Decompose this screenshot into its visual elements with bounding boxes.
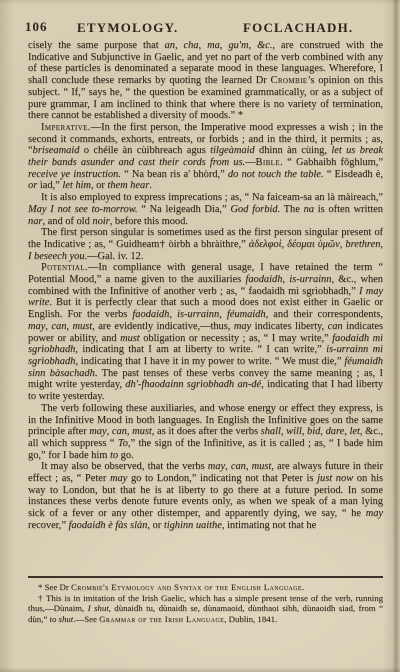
page-body-text: cisely the same purpose that an, cha, ma… bbox=[28, 40, 383, 532]
footnote-divider bbox=[28, 576, 383, 578]
running-header-title: ETYMOLOGY. bbox=[77, 20, 178, 36]
paragraph: The verb following these auxiliaries, an… bbox=[28, 403, 383, 462]
paragraph: Imperative.—In the first person, the Imp… bbox=[28, 122, 383, 192]
running-header: 106 ETYMOLOGY. FOCLACHADH. bbox=[0, 19, 400, 37]
page-bottom-edge-shading bbox=[0, 667, 400, 672]
running-header-section: FOCLACHADH. bbox=[243, 20, 353, 36]
footnote: † This is in imitation of the Irish Gael… bbox=[28, 593, 383, 625]
page-number: 106 bbox=[25, 19, 48, 35]
paragraph: It is also employed to express imprecati… bbox=[28, 192, 383, 227]
paragraph: cisely the same purpose that an, cha, ma… bbox=[28, 40, 383, 122]
paragraph: Potential.—In compliance with general us… bbox=[28, 262, 383, 402]
page-top-edge-shading bbox=[0, 0, 400, 5]
book-gutter-shadow bbox=[383, 0, 400, 672]
book-page: 106 ETYMOLOGY. FOCLACHADH. cisely the sa… bbox=[0, 0, 400, 672]
page-left-edge-shading bbox=[0, 0, 14, 672]
paragraph: The first person singular is sometimes u… bbox=[28, 227, 383, 262]
paragraph: It may also be observed, that the verbs … bbox=[28, 461, 383, 531]
footnotes: * See Dr Crombie's Etymology and Syntax … bbox=[28, 582, 383, 625]
footnote: * See Dr Crombie's Etymology and Syntax … bbox=[28, 582, 383, 593]
